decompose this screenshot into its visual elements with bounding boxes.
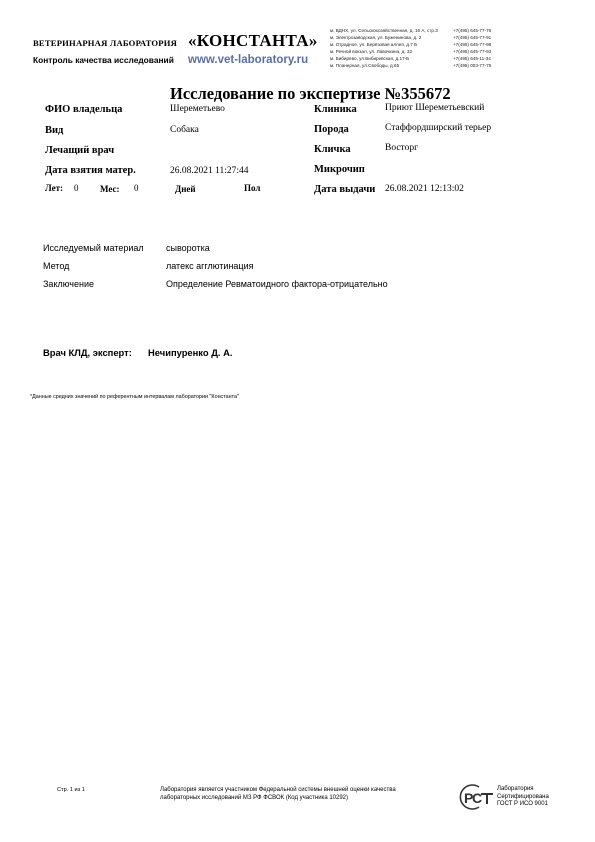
years-value: 0 <box>74 183 79 193</box>
cert-line: ГОСТ Р ИСО 9001 <box>497 801 549 809</box>
doctor-label: Лечащий врач <box>45 145 114 156</box>
page-number: Стр. 1 из 1 <box>57 787 85 793</box>
certification-logo-icon: Р С <box>455 782 495 812</box>
years-label: Лет: <box>45 183 63 193</box>
clinic-label: Клиника <box>314 104 357 115</box>
phone-item: +7(495) 645-11-34 <box>453 56 491 61</box>
result-label: Исследуемый материал <box>43 243 144 253</box>
nickname-label: Кличка <box>314 144 351 155</box>
species-label: Вид <box>45 125 63 136</box>
nickname-value: Восторг <box>385 143 418 153</box>
svg-text:С: С <box>472 790 482 806</box>
issue-date-label: Дата выдачи <box>314 184 375 195</box>
days-label: Дней <box>175 184 196 194</box>
address-item: м. Электрозаводская, ул. Буженинова, д. … <box>330 35 421 40</box>
address-item: м. Речной вокзал, ул. Лавочкина, д. 32 <box>330 49 412 54</box>
issue-date-value: 26.08.2021 12:13:02 <box>385 184 464 194</box>
expert-label: Врач КЛД, эксперт: <box>43 347 132 358</box>
owner-value: Шереметьево <box>170 104 225 114</box>
owner-label: ФИО владельца <box>45 104 122 115</box>
expert-name: Нечипуренко Д. А. <box>148 347 232 358</box>
result-label: Заключение <box>43 279 94 289</box>
lab-name: «КОНСТАНТА» <box>188 31 318 51</box>
lab-tagline: Контроль качества исследований <box>33 55 174 65</box>
sample-date-value: 26.08.2021 11:27:44 <box>170 166 249 176</box>
result-label: Метод <box>43 261 69 271</box>
clinic-value: Приют Шереметьевский <box>385 103 484 113</box>
address-item: м. Бибирево, ул.Бибиревская, д.17-Б <box>330 56 409 61</box>
months-label: Мес: <box>100 184 119 194</box>
species-value: Собака <box>170 125 199 135</box>
breed-value: Стаффордширский терьер <box>385 123 491 133</box>
cert-line: Сертифицирована <box>497 794 549 802</box>
phone-item: +7(495) 645-77-93 <box>453 49 491 54</box>
footer-notice-line: лабораторных исследований МЗ РФ ФСВОК (К… <box>160 794 396 802</box>
sample-date-label: Дата взятия матер. <box>45 165 136 176</box>
phone-item: +7(495) 003-77-75 <box>453 63 491 68</box>
breed-label: Порода <box>314 124 349 135</box>
sex-label: Пол <box>244 183 260 193</box>
address-item: м. ВДНХ, ул. Сельскохозяйственная, д. 16… <box>330 28 438 33</box>
footer-notice: Лаборатория является участником Федераль… <box>160 786 396 802</box>
result-value: латекс агглютинация <box>166 261 253 271</box>
microchip-label: Микрочип <box>314 164 365 175</box>
certification-text: Лаборатория Сертифицирована ГОСТ Р ИСО 9… <box>497 786 549 809</box>
phone-item: +7(495) 645-77-91 <box>453 35 491 40</box>
phone-item: +7(495) 645-77-76 <box>453 28 491 33</box>
months-value: 0 <box>134 183 139 193</box>
page-title: Исследование по экспертизе №355672 <box>170 84 451 104</box>
result-value: Определение Ревматоидного фактора-отрица… <box>166 279 388 289</box>
lab-type: ВЕТЕРИНАРНАЯ ЛАБОРАТОРИЯ <box>33 38 177 48</box>
address-item: м. Планерная, ул.Свободы, д.65 <box>330 63 399 68</box>
footer-notice-line: Лаборатория является участником Федераль… <box>160 786 396 794</box>
cert-line: Лаборатория <box>497 786 549 794</box>
lab-website-link[interactable]: www.vet-laboratory.ru <box>188 54 308 66</box>
result-value: сыворотка <box>166 243 210 253</box>
address-item: м. Отрадное, ул. Берёзовая аллея, д.7 Б <box>330 42 417 47</box>
phone-item: +7(495) 645-77-98 <box>453 42 491 47</box>
reference-note: *Данные средних значений по референтным … <box>30 394 239 400</box>
